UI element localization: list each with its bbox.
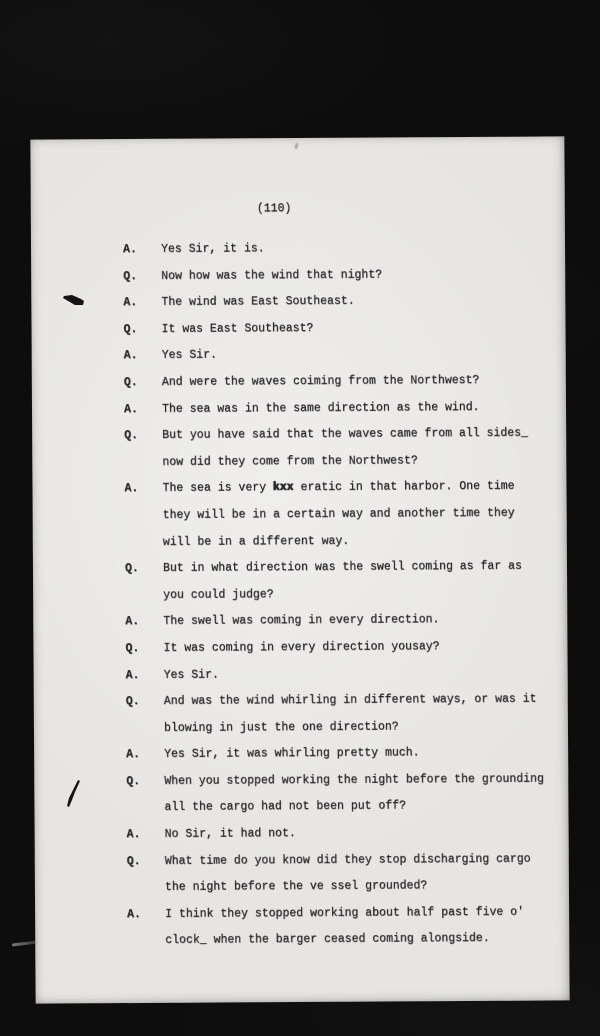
document-page: (110) A. Yes Sir, it is. Q. Now how was … <box>30 136 569 1003</box>
speaker-label: Q. <box>123 317 161 344</box>
line-text: But you have said that the waves came fr… <box>162 421 554 450</box>
line-text: Now how was the wind that night? <box>161 261 553 290</box>
speaker-label: Q. <box>127 848 165 875</box>
speaker-label: Q. <box>124 370 162 397</box>
transcript-line: A. The sea is very kxx eratic in that ha… <box>124 474 554 503</box>
speaker-label: A. <box>124 396 162 423</box>
speaker-spacer <box>124 450 162 477</box>
line-text-post: eratic in that harbor. One time <box>294 480 515 494</box>
transcript-line-continuation: you could judge? <box>125 580 555 609</box>
line-text: Yes Sir. <box>164 660 556 689</box>
page-number: (110) <box>257 202 292 216</box>
transcript-line: Q. But in what direction was the swell c… <box>125 554 555 583</box>
transcript-line: Q. And were the waves coiming from the N… <box>124 367 554 396</box>
transcript-line: Q. And was the wind whirling in differen… <box>126 687 556 716</box>
line-text: And were the waves coiming from the Nort… <box>162 367 554 396</box>
line-text: the night before the ve ssel grounded? <box>165 873 557 902</box>
transcript-line: A. Yes Sir. <box>124 341 554 370</box>
speaker-label: A. <box>124 343 162 370</box>
transcript-line-continuation: clock_ when the barger ceased coming alo… <box>127 926 557 955</box>
speaker-label: A. <box>124 476 162 503</box>
transcript-line-continuation: blowing in just the one direction? <box>126 713 556 742</box>
line-text: clock_ when the barger ceased coming alo… <box>165 926 557 955</box>
speaker-label: A. <box>127 902 165 929</box>
transcript-line: A. Yes Sir. <box>126 660 556 689</box>
line-text: But in what direction was the swell comi… <box>163 554 555 583</box>
line-text: will be in a different way. <box>163 527 555 556</box>
line-text: Yes Sir, it was whirling pretty much. <box>164 740 556 769</box>
line-text: It was East Southeast? <box>161 314 553 343</box>
overstruck-word: kxx <box>273 481 294 494</box>
line-text: The swell was coming in every direction. <box>163 607 555 636</box>
speaker-label: Q. <box>123 263 161 290</box>
speaker-label: A. <box>127 822 165 849</box>
speaker-spacer <box>126 795 164 822</box>
transcript-line-continuation: now did they come from the Northwest? <box>124 447 554 476</box>
transcript-line: Q. When you stopped working the night be… <box>126 766 556 795</box>
film-scratch-mark <box>12 940 38 946</box>
transcript-line: A. The sea was in the same direction as … <box>124 394 554 423</box>
line-text: they will be in a certain way and anothe… <box>163 500 555 529</box>
line-text: What time do you know did they stop disc… <box>165 846 557 875</box>
transcript-line-continuation: the night before the ve ssel grounded? <box>127 873 557 902</box>
speaker-label: Q. <box>125 636 163 663</box>
transcript-line: Q. Now how was the wind that night? <box>123 261 553 290</box>
ink-arrow-mark <box>63 291 87 309</box>
speaker-label: A. <box>126 742 164 769</box>
line-text: And was the wind whirling in different w… <box>164 687 556 716</box>
speaker-label: A. <box>125 609 163 636</box>
line-text: now did they come from the Northwest? <box>162 447 554 476</box>
line-text: you could judge? <box>163 580 555 609</box>
speaker-label: Q. <box>124 423 162 450</box>
microfilm-frame: (110) A. Yes Sir, it is. Q. Now how was … <box>0 0 600 1036</box>
transcript-line-continuation: they will be in a certain way and anothe… <box>125 500 555 529</box>
speaker-spacer <box>125 529 163 556</box>
transcript-line-continuation: will be in a different way. <box>125 527 555 556</box>
transcript-line: Q. But you have said that the waves came… <box>124 421 554 450</box>
line-text: The wind was East Southeast. <box>161 288 553 317</box>
line-text: Yes Sir. <box>162 341 554 370</box>
line-text: The sea was in the same direction as the… <box>162 394 554 423</box>
transcript-line: Q. What time do you know did they stop d… <box>127 846 557 875</box>
transcript-line: A. I think they stopped working about ha… <box>127 899 557 928</box>
transcript-line: A. No Sir, it had not. <box>127 820 557 849</box>
line-text: It was coming in every direction yousay? <box>163 633 555 662</box>
speaker-spacer <box>126 716 164 743</box>
line-text: blowing in just the one direction? <box>164 713 556 742</box>
transcript-line: A. Yes Sir, it is. <box>123 234 553 263</box>
transcript-line: A. The swell was coming in every directi… <box>125 607 555 636</box>
transcript-line: A. The wind was East Southeast. <box>123 288 553 317</box>
speaker-label: A. <box>126 662 164 689</box>
line-text-pre: The sea is very <box>162 482 272 496</box>
speaker-spacer <box>127 875 165 902</box>
speaker-spacer <box>125 583 163 610</box>
speaker-label: A. <box>123 237 161 264</box>
transcript: A. Yes Sir, it is. Q. Now how was the wi… <box>123 234 557 955</box>
speaker-label: A. <box>123 290 161 317</box>
line-text: all the cargo had not been put off? <box>164 793 556 822</box>
speaker-label: Q. <box>126 689 164 716</box>
transcript-line-continuation: all the cargo had not been put off? <box>126 793 556 822</box>
line-text: The sea is very kxx eratic in that harbo… <box>162 474 554 503</box>
speaker-label: Q. <box>125 556 163 583</box>
transcript-line: Q. It was East Southeast? <box>123 314 553 343</box>
line-text: I think they stopped working about half … <box>165 899 557 928</box>
transcript-line: Q. It was coming in every direction yous… <box>125 633 555 662</box>
speaker-spacer <box>125 503 163 530</box>
speaker-spacer <box>127 928 165 955</box>
transcript-line: A. Yes Sir, it was whirling pretty much. <box>126 740 556 769</box>
ink-slash-mark <box>66 780 82 808</box>
line-text: When you stopped working the night befor… <box>164 766 556 795</box>
line-text: Yes Sir, it is. <box>161 234 553 263</box>
speaker-label: Q. <box>126 769 164 796</box>
line-text: No Sir, it had not. <box>165 820 557 849</box>
